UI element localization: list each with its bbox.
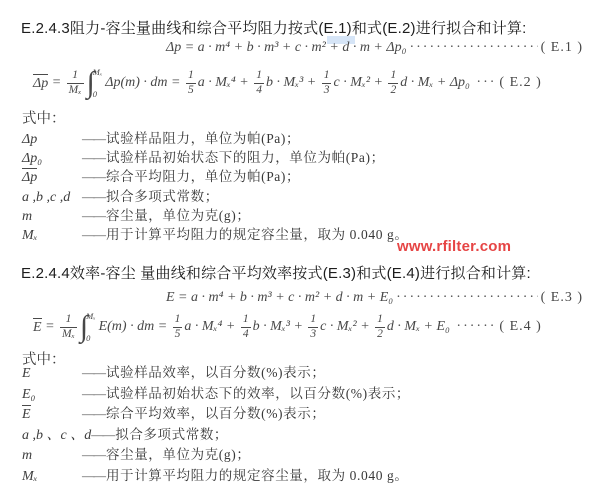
fraction: 14 xyxy=(254,69,264,96)
definition-list-1: Δp——试验样品阻力，单位为帕(Pa)；Δp₀——试验样品初始状态下的阻力，单位… xyxy=(22,127,601,242)
symbol: m xyxy=(22,448,82,464)
denominator: Mₓ xyxy=(60,327,77,341)
math-overline: Δp xyxy=(33,74,48,92)
symbol: a ,b 、c 、d xyxy=(22,424,91,444)
math-text: d · Mₓ + E₀ xyxy=(387,319,454,335)
definition-dash: —— xyxy=(82,365,106,381)
symbol-description: 试验样品效率，以百分数(%)表示； xyxy=(106,361,325,381)
denominator: 2 xyxy=(388,83,398,97)
symbol-description: 综合平均效率，以百分数(%)表示； xyxy=(106,402,325,422)
integral-limits: Mₓ0 xyxy=(93,64,103,102)
denominator: 2 xyxy=(375,327,385,341)
numerator: 1 xyxy=(390,69,396,82)
where-label-1: 式中： xyxy=(22,107,66,128)
math-overline: E xyxy=(33,318,42,336)
definition-row: m——容尘量，单位为克(g)； xyxy=(22,443,601,464)
denominator: 4 xyxy=(241,327,251,341)
definition-row: Δp——综合平均阻力，单位为帕(Pa)； xyxy=(22,165,601,184)
fraction: 13 xyxy=(322,69,332,96)
denominator: 3 xyxy=(322,83,332,97)
definition-row: a ,b 、c 、d——拟合多项式常数； xyxy=(22,423,601,444)
definition-dash: —— xyxy=(82,208,106,224)
definition-dash: —— xyxy=(91,427,115,443)
definition-row: Mₓ——用于计算平均阻力的规定容尘量，取为 0.040 g。 xyxy=(22,464,601,485)
symbol-description: 试验样品阻力，单位为帕(Pa)； xyxy=(106,127,300,147)
math-text: c · Mₓ² + xyxy=(333,75,386,91)
definition-list-2: E——试验样品效率，以百分数(%)表示；E₀——试验样品初始状态下的效率，以百分… xyxy=(22,361,601,485)
math-text: b · Mₓ³ + xyxy=(266,75,320,91)
definition-row: E——试验样品效率，以百分数(%)表示； xyxy=(22,361,601,382)
symbol: E₀ xyxy=(22,387,82,403)
definition-dash: —— xyxy=(82,406,106,422)
dot-leader: ··· xyxy=(476,75,496,91)
equation-number: ( E.3 ) xyxy=(541,290,583,306)
math-text: Δp = a · m⁴ + b · m³ + c · m² + d · m + … xyxy=(166,40,406,56)
numerator: 1 xyxy=(72,69,78,82)
definition-row: a ,b ,c ,d——拟合多项式常数； xyxy=(22,185,601,204)
symbol-description: 拟合多项式常数； xyxy=(106,185,219,205)
denominator: 4 xyxy=(254,83,264,97)
symbol: Mₓ xyxy=(22,228,82,244)
denominator: 3 xyxy=(308,327,318,341)
math-text: = xyxy=(48,75,64,91)
math-text: = xyxy=(42,319,58,335)
numerator: 1 xyxy=(256,69,262,82)
formula-e2: Δp = 1Mₓ∫Mₓ0Δp(m) · dm = 15a · Mₓ⁴ + 14b… xyxy=(33,62,597,104)
symbol: E xyxy=(22,366,82,382)
definition-dash: —— xyxy=(82,468,106,484)
definition-dash: —— xyxy=(82,169,106,185)
definition-dash: —— xyxy=(82,386,106,402)
lower-limit: 0 xyxy=(93,89,103,99)
math-text: a · Mₓ⁴ + xyxy=(184,319,238,335)
math-text: c · Mₓ² + xyxy=(320,319,373,335)
denominator: Mₓ xyxy=(67,83,84,97)
symbol-description: 试验样品初始状态下的阻力，单位为帕(Pa)； xyxy=(106,146,385,166)
math-overline: Δp xyxy=(22,168,37,185)
symbol-description: 拟合多项式常数； xyxy=(115,423,228,443)
formula-e3: E = a · m⁴ + b · m³ + c · m² + d · m + E… xyxy=(166,290,583,306)
watermark-url: www.rfilter.com xyxy=(397,238,511,255)
dot-leader: ·································· xyxy=(396,290,537,306)
formula-e4: E = 1Mₓ∫Mₓ0E(m) · dm = 15a · Mₓ⁴ + 14b ·… xyxy=(33,306,597,348)
math-text: Δp(m) · dm = xyxy=(105,75,184,91)
equation-number: ( E.1 ) xyxy=(541,40,583,56)
symbol: Mₓ xyxy=(22,469,82,485)
numerator: 1 xyxy=(324,69,330,82)
symbol-description: 容尘量，单位为克(g)； xyxy=(106,204,250,224)
fraction: 13 xyxy=(308,313,318,340)
math-text: E(m) · dm = xyxy=(99,319,171,335)
upper-limit: Mₓ xyxy=(86,311,96,321)
symbol: a ,b ,c ,d xyxy=(22,190,82,206)
definition-row: E——综合平均效率，以百分数(%)表示； xyxy=(22,402,601,423)
math-text: E = a · m⁴ + b · m³ + c · m² + d · m + E… xyxy=(166,290,393,306)
dot-leader: ·································· xyxy=(409,40,537,56)
section-heading-e243: E.2.4.3阻力-容尘量曲线和综合平均阻力按式(E.1)和式(E.2)进行拟合… xyxy=(21,17,527,38)
symbol-description: 用于计算平均阻力的规定容尘量，取为 0.040 g。 xyxy=(106,464,408,484)
fraction: 15 xyxy=(173,313,183,340)
section-heading-e244: E.2.4.4效率-容尘 量曲线和综合平均效率按式(E.3)和式(E.4)进行拟… xyxy=(21,262,531,283)
integral: ∫Mₓ0 xyxy=(80,308,96,346)
definition-row: m——容尘量，单位为克(g)； xyxy=(22,204,601,223)
fraction: 15 xyxy=(186,69,196,96)
lower-limit: 0 xyxy=(86,333,96,343)
equation-number: ( E.4 ) xyxy=(499,319,541,335)
symbol-description: 容尘量，单位为克(g)； xyxy=(106,443,250,463)
equation-number: ( E.2 ) xyxy=(499,75,541,91)
definition-row: E₀——试验样品初始状态下的效率，以百分数(%)表示； xyxy=(22,382,601,403)
symbol: E xyxy=(22,407,82,423)
definition-dash: —— xyxy=(82,447,106,463)
math-overline: E xyxy=(22,405,31,422)
definition-row: Mₓ——用于计算平均阻力的规定容尘量，取为 0.040 g。 xyxy=(22,223,601,242)
document-page: E.2.4.3阻力-容尘量曲线和综合平均阻力按式(E.1)和式(E.2)进行拟合… xyxy=(0,0,609,503)
fraction: 1Mₓ xyxy=(67,69,84,96)
definition-dash: —— xyxy=(82,189,106,205)
fraction: 14 xyxy=(241,313,251,340)
definition-row: Δp₀——试验样品初始状态下的阻力，单位为帕(Pa)； xyxy=(22,146,601,165)
formula-e1: Δp = a · m⁴ + b · m³ + c · m² + d · m + … xyxy=(166,40,583,56)
numerator: 1 xyxy=(66,313,72,326)
symbol: m xyxy=(22,209,82,225)
integral: ∫Mₓ0 xyxy=(87,64,103,102)
symbol-description: 用于计算平均阻力的规定容尘量，取为 0.040 g。 xyxy=(106,223,408,243)
denominator: 5 xyxy=(186,83,196,97)
numerator: 1 xyxy=(175,313,181,326)
fraction: 12 xyxy=(388,69,398,96)
math-text: a · Mₓ⁴ + xyxy=(198,75,252,91)
dot-leader: ······ xyxy=(456,319,496,335)
symbol: Δp₀ xyxy=(22,151,82,167)
symbol-description: 综合平均阻力，单位为帕(Pa)； xyxy=(106,165,300,185)
numerator: 1 xyxy=(310,313,316,326)
integral-limits: Mₓ0 xyxy=(86,308,96,346)
math-text: b · Mₓ³ + xyxy=(253,319,307,335)
numerator: 1 xyxy=(188,69,194,82)
upper-limit: Mₓ xyxy=(93,67,103,77)
definition-dash: —— xyxy=(82,227,106,243)
fraction: 12 xyxy=(375,313,385,340)
symbol: Δp xyxy=(22,132,82,148)
definition-dash: —— xyxy=(82,150,106,166)
symbol: Δp xyxy=(22,170,82,186)
fraction: 1Mₓ xyxy=(60,313,77,340)
math-text: d · Mₓ + Δp₀ xyxy=(400,75,473,91)
definition-row: Δp——试验样品阻力，单位为帕(Pa)； xyxy=(22,127,601,146)
numerator: 1 xyxy=(243,313,249,326)
symbol-description: 试验样品初始状态下的效率，以百分数(%)表示； xyxy=(106,382,410,402)
definition-dash: —— xyxy=(82,131,106,147)
numerator: 1 xyxy=(377,313,383,326)
denominator: 5 xyxy=(173,327,183,341)
